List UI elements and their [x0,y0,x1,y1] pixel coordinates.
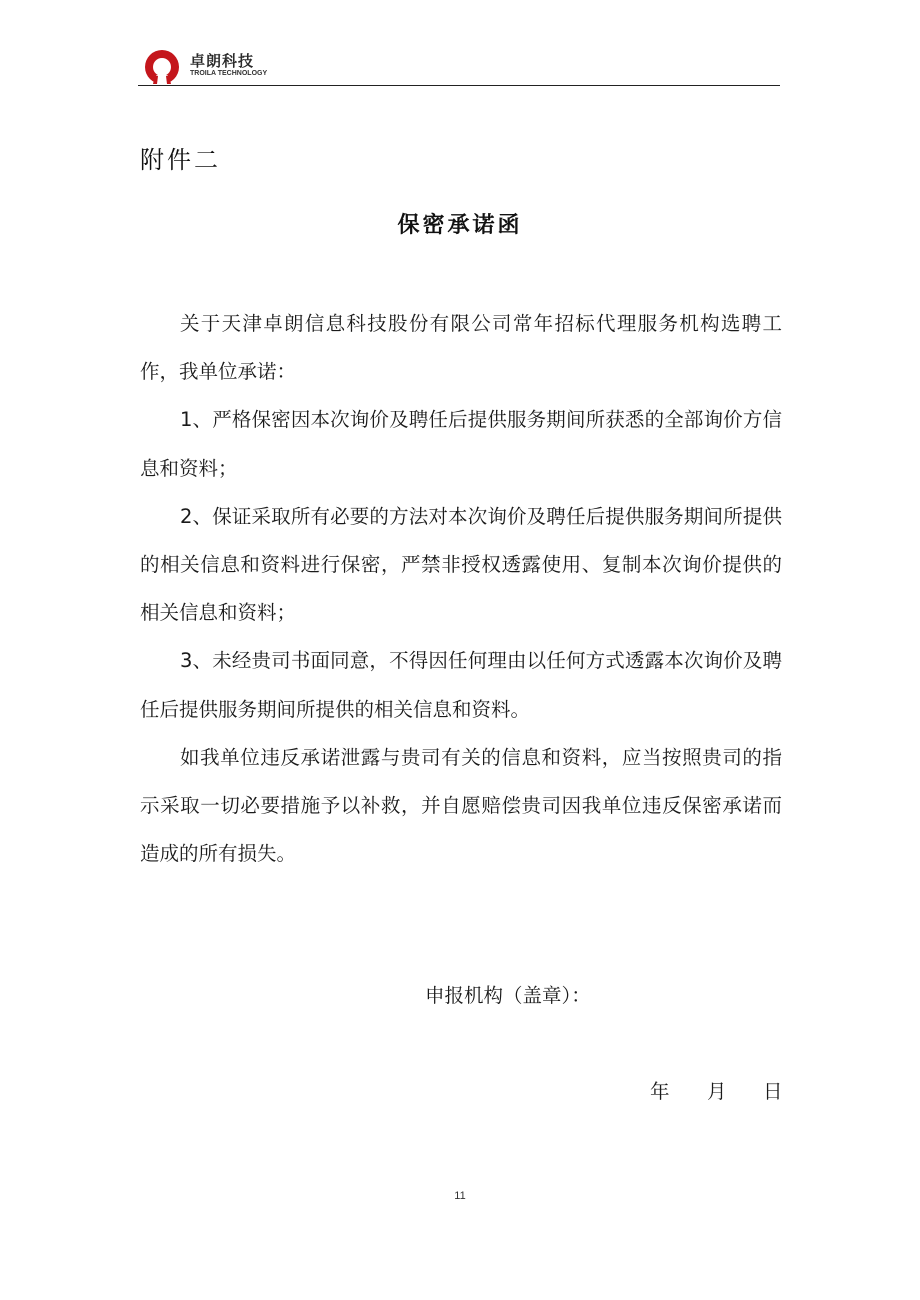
attachment-label: 附件二 [140,140,221,175]
date-month: 月 [707,1076,763,1104]
page-header: 卓朗科技 TROILA TECHNOLOGY [138,44,780,86]
commitment-item-3: 3、未经贵司书面同意，不得因任何理由以任何方式透露本次询价及聘任后提供服务期间所… [140,637,782,733]
intro-paragraph: 关于天津卓朗信息科技股份有限公司常年招标代理服务机构选聘工作，我单位承诺： [140,300,782,396]
document-title-text: 保密承诺函 [397,213,522,238]
commitment-item-2: 2、保证采取所有必要的方法对本次询价及聘任后提供服务期间所提供的相关信息和资料进… [140,493,782,638]
document-body: 关于天津卓朗信息科技股份有限公司常年招标代理服务机构选聘工作，我单位承诺： 1、… [140,300,782,878]
date-line: 年月日 [650,1076,783,1104]
document-title: 保密承诺函 [0,208,920,239]
company-name-cn: 卓朗科技 [190,50,254,71]
liability-paragraph: 如我单位违反承诺泄露与贵司有关的信息和资料，应当按照贵司的指示采取一切必要措施予… [140,734,782,879]
header-divider [138,85,780,86]
date-year: 年 [650,1076,707,1104]
commitment-item-1: 1、严格保密因本次询价及聘任后提供服务期间所获悉的全部询价方信息和资料； [140,396,782,492]
page-number: 11 [0,1190,920,1202]
signature-label: 申报机构（盖章）： [425,980,591,1008]
company-name-en: TROILA TECHNOLOGY [190,70,267,77]
troila-logo-icon [142,48,182,86]
date-day: 日 [763,1076,783,1104]
